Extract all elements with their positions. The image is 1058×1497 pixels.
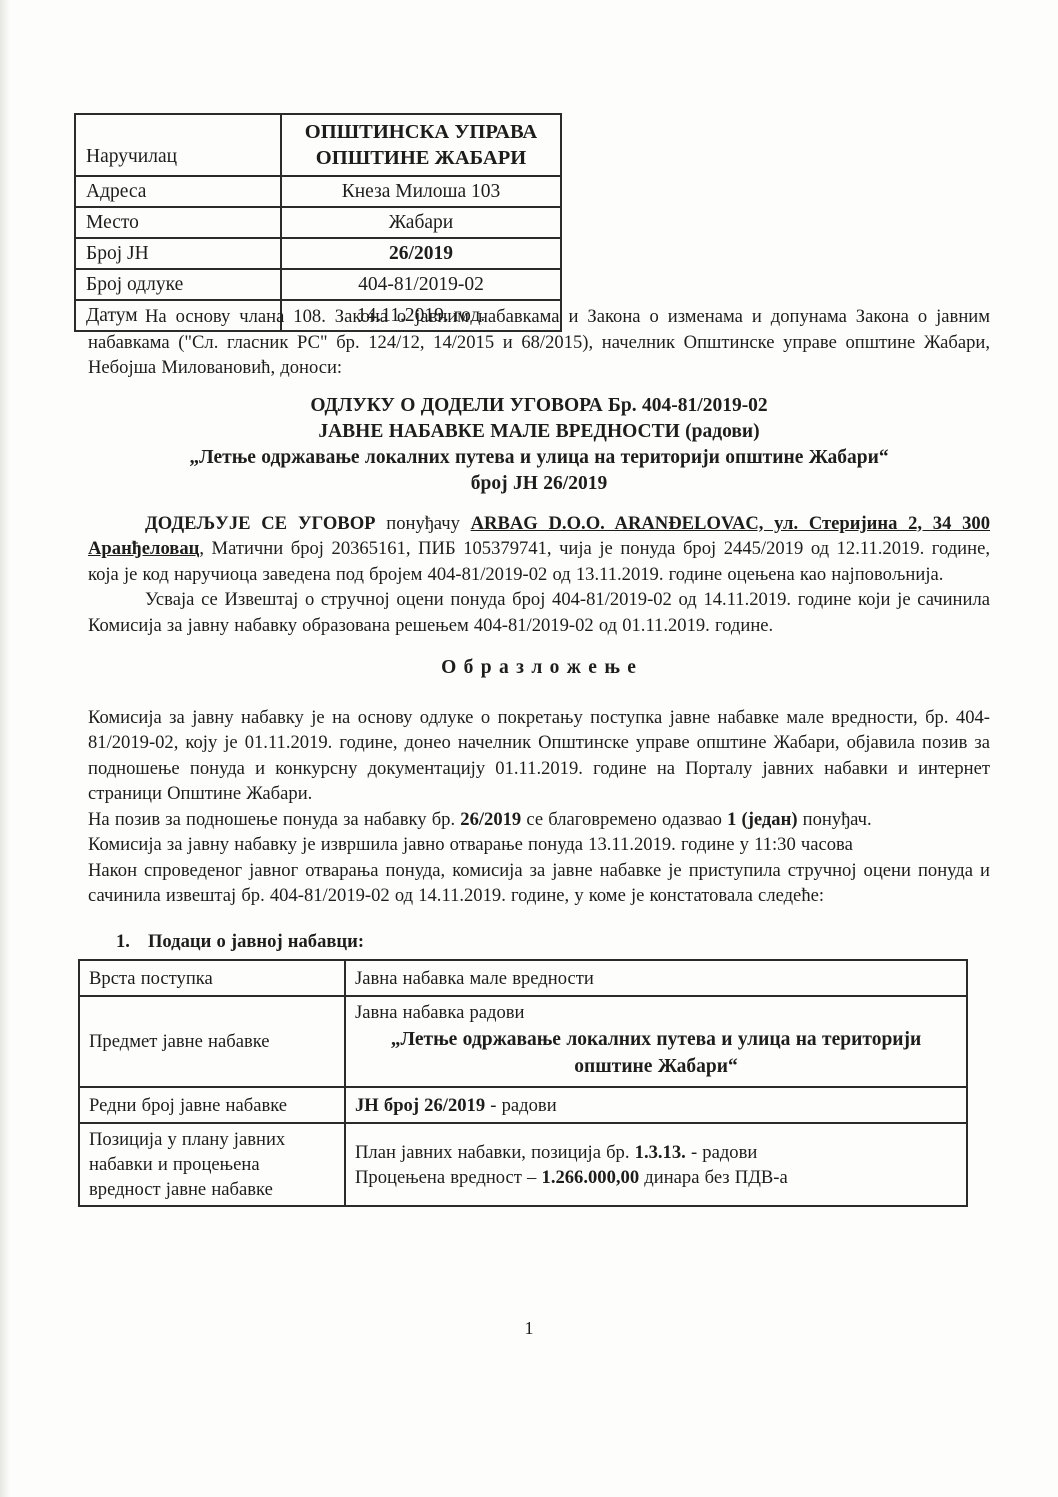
table-row: Место Жабари [75, 207, 561, 238]
document-body: На основу члана 108. Закона о јавним наб… [88, 304, 990, 1207]
subject-value-line1: Јавна набавка радови [355, 1002, 525, 1023]
decision-heading-line3: „Летње одржавање локалних путева и улица… [88, 445, 990, 471]
rationale-paragraph-3: Комисија за јавну набавку је извршила ја… [88, 832, 990, 858]
section-1-header: 1.Подаци о јавној набавци: [88, 929, 990, 955]
table-row: Предмет јавне набавке Јавна набавка радо… [79, 996, 967, 1087]
award-rest: , Матични број 20365161, ПИБ 105379741, … [88, 538, 990, 585]
rationale-paragraph-4: Након спроведеног јавног отварања понуда… [88, 858, 990, 909]
rationale-paragraph-1: Комисија за јавну набавку је на основу о… [88, 705, 990, 807]
ordinal-number-value: ЈН број 26/2019 - радови [345, 1087, 967, 1123]
place-value: Жабари [281, 207, 561, 238]
section-1-title: Подаци о јавној набавци: [148, 931, 364, 952]
section-1-number: 1. [116, 931, 130, 952]
subject-value-title: „Летње одржавање локалних путева и улица… [355, 1025, 957, 1083]
table-row: Број одлуке 404-81/2019-02 [75, 269, 561, 300]
decision-heading-line1: ОДЛУКУ О ДОДЕЛИ УГОВОРА Бр. 404-81/2019-… [88, 393, 990, 419]
jn-number-label: Број ЈН [75, 238, 281, 269]
buyer-info-table: Наручилац ОПШТИНСКА УПРАВА ОПШТИНЕ ЖАБАР… [74, 113, 562, 332]
subject-label: Предмет јавне набавке [79, 996, 345, 1087]
address-value: Кнеза Милоша 103 [281, 176, 561, 207]
plan-position-value: План јавних набавки, позиција бр. 1.3.13… [345, 1123, 967, 1206]
decision-number-label: Број одлуке [75, 269, 281, 300]
estimated-value-line: Процењена вредност – 1.266.000,00 динара… [355, 1165, 957, 1190]
table-row: Позиција у плану јавних набавки и процењ… [79, 1123, 967, 1206]
buyer-value: ОПШТИНСКА УПРАВА ОПШТИНЕ ЖАБАРИ [281, 114, 561, 176]
rationale-p2-before: На позив за подношење понуда за набавку … [88, 809, 460, 830]
award-paragraph: ДОДЕЉУЈЕ СЕ УГОВОР понуђачу ARBAG D.O.O.… [88, 511, 990, 588]
rationale-paragraph-2: На позив за подношење понуда за набавку … [88, 807, 990, 833]
place-label: Место [75, 207, 281, 238]
decision-number-value: 404-81/2019-02 [281, 269, 561, 300]
plan-position-label: Позиција у плану јавних набавки и процењ… [79, 1123, 345, 1206]
decision-heading-line2: ЈАВНЕ НАБАВКЕ МАЛЕ ВРЕДНОСТИ (радови) [88, 419, 990, 445]
plan-line1-text: План јавних набавки, позиција бр. [355, 1142, 635, 1163]
buyer-label: Наручилац [75, 114, 281, 176]
rationale-heading: О б р а з л о ж е њ е [88, 655, 990, 681]
buyer-org-line2: ОПШТИНЕ ЖАБАРИ [316, 147, 526, 169]
plan-line1-suffix: - радови [686, 1142, 758, 1163]
report-paragraph: Усваја се Извештај о стручној оцени пону… [88, 587, 990, 638]
page-number: 1 [0, 1318, 1058, 1339]
rationale-p2-mid: се благовремено одазвао [521, 809, 727, 830]
estimated-value-suffix: динара без ПДВ-а [639, 1167, 788, 1188]
intro-paragraph: На основу члана 108. Закона о јавним наб… [88, 304, 990, 381]
rationale-p2-jn-number: 26/2019 [460, 809, 521, 830]
rationale-p2-bidder-count: 1 (један) [727, 809, 797, 830]
rationale-p2-after: понуђач. [798, 809, 872, 830]
procurement-data-table: Врста поступка Јавна набавка мале вредно… [78, 959, 968, 1207]
procedure-type-label: Врста поступка [79, 960, 345, 996]
procedure-type-value: Јавна набавка мале вредности [345, 960, 967, 996]
plan-position-line1: План јавних набавки, позиција бр. 1.3.13… [355, 1140, 957, 1165]
table-row: Број ЈН 26/2019 [75, 238, 561, 269]
table-row: Редни број јавне набавке ЈН број 26/2019… [79, 1087, 967, 1123]
ordinal-number-bold: ЈН број 26/2019 [355, 1095, 485, 1116]
table-row: Адреса Кнеза Милоша 103 [75, 176, 561, 207]
buyer-org-line1: ОПШТИНСКА УПРАВА [305, 121, 537, 143]
award-lead: ДОДЕЉУЈЕ СЕ УГОВОР [145, 513, 376, 534]
award-mid: понуђачу [376, 513, 471, 534]
table-row: Врста поступка Јавна набавка мале вредно… [79, 960, 967, 996]
table-row: Наручилац ОПШТИНСКА УПРАВА ОПШТИНЕ ЖАБАР… [75, 114, 561, 176]
decision-heading: ОДЛУКУ О ДОДЕЛИ УГОВОРА Бр. 404-81/2019-… [88, 393, 990, 497]
estimated-value-text: Процењена вредност – [355, 1167, 542, 1188]
jn-number-value: 26/2019 [281, 238, 561, 269]
plan-position-number: 1.3.13. [635, 1142, 686, 1163]
ordinal-number-rest: - радови [485, 1095, 557, 1116]
subject-value: Јавна набавка радови „Летње одржавање ло… [345, 996, 967, 1087]
estimated-value-amount: 1.266.000,00 [542, 1167, 640, 1188]
ordinal-number-label: Редни број јавне набавке [79, 1087, 345, 1123]
address-label: Адреса [75, 176, 281, 207]
scanned-document-page: Наручилац ОПШТИНСКА УПРАВА ОПШТИНЕ ЖАБАР… [0, 0, 1058, 1497]
decision-heading-line4: број ЈН 26/2019 [88, 471, 990, 497]
